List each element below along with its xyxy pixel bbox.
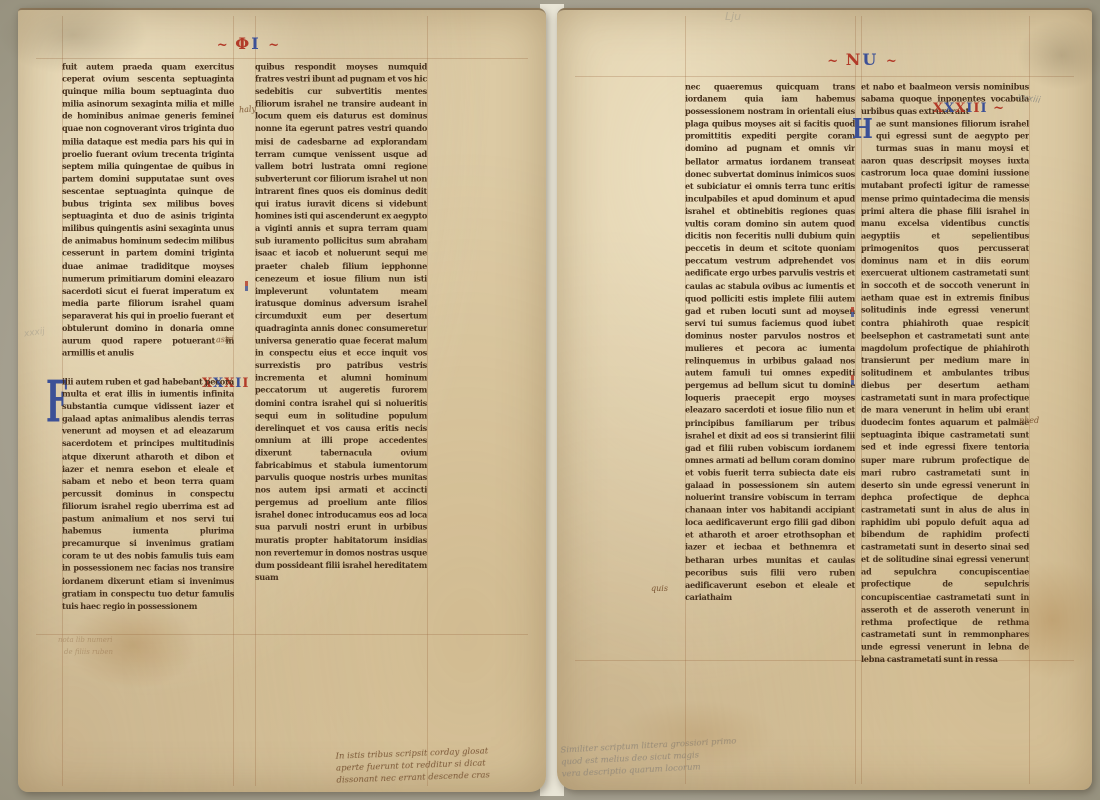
marginal-gloss-asiri: asiri (216, 335, 234, 345)
paraph-mark (851, 307, 854, 317)
running-title-right: ~ NU ~ (802, 50, 922, 69)
ruling-line (36, 58, 528, 59)
flourish-icon: ~ (993, 101, 1005, 116)
bottom-annotation-left: In istis tribus scripsit corday glosat a… (335, 745, 490, 786)
ruling-line (427, 16, 428, 786)
dropcap-spacer (861, 117, 876, 143)
ruling-line (575, 76, 1074, 77)
marginal-gloss-phed: phed (1019, 416, 1039, 425)
flourish-icon: ~ (268, 38, 279, 53)
faint-margin-note: nota lib numeri (58, 636, 113, 644)
manuscript-leaf-left: ~ ΦI ~ fuit autem praeda quam exercitus … (18, 8, 546, 792)
chapter33-text: ae sunt mansiones filiorum israhel qui e… (861, 118, 1029, 664)
numeral-letters: XXXIII (933, 101, 988, 116)
chapter-numeral-xxxiii: XXXIII ~ (933, 101, 1005, 116)
manuscript-leaf-right: ~ NU ~ Lju nec quaeremus quicquam trans … (557, 8, 1092, 790)
marginal-gloss-haly: haly (239, 104, 257, 114)
flourish-icon: ~ (217, 38, 228, 53)
ruling-line (1029, 16, 1030, 784)
running-title-left: ~ ΦI ~ (188, 34, 308, 53)
text-column-1-chapter32: ilii autem ruben et gad habebant pecora … (62, 375, 234, 641)
marginal-gloss-quis: quis (651, 584, 668, 593)
text-column-2: quibus respondit moyses numquid fratres … (255, 60, 427, 650)
paraph-mark (851, 375, 854, 385)
paraph-mark (245, 281, 248, 291)
marginal-pencil-chapter: xxxij (23, 327, 45, 340)
text-column-1: nec quaeremus quicquam trans iordanem qu… (685, 80, 855, 673)
flourish-icon: ~ (827, 54, 838, 69)
manuscript-photo: ~ ΦI ~ fuit autem praeda quam exercitus … (0, 0, 1100, 800)
running-title-letter: I (251, 34, 260, 53)
text-column-2-chapter33: ae sunt mansiones filiorum israhel qui e… (861, 117, 1029, 673)
running-title-letter: N (846, 50, 863, 69)
pencil-shelfmark: Lju (725, 10, 741, 23)
flourish-icon: ~ (886, 54, 897, 69)
faint-margin-note: de filiis ruben (64, 648, 113, 656)
bottom-annotation-right: Similiter scriptum littera grossiori pri… (560, 735, 738, 780)
running-title-letter: U (862, 50, 878, 69)
running-title-letter: Φ (235, 34, 251, 53)
text-column-1-chapter31: fuit autem praeda quam exercitus ceperat… (62, 60, 234, 383)
